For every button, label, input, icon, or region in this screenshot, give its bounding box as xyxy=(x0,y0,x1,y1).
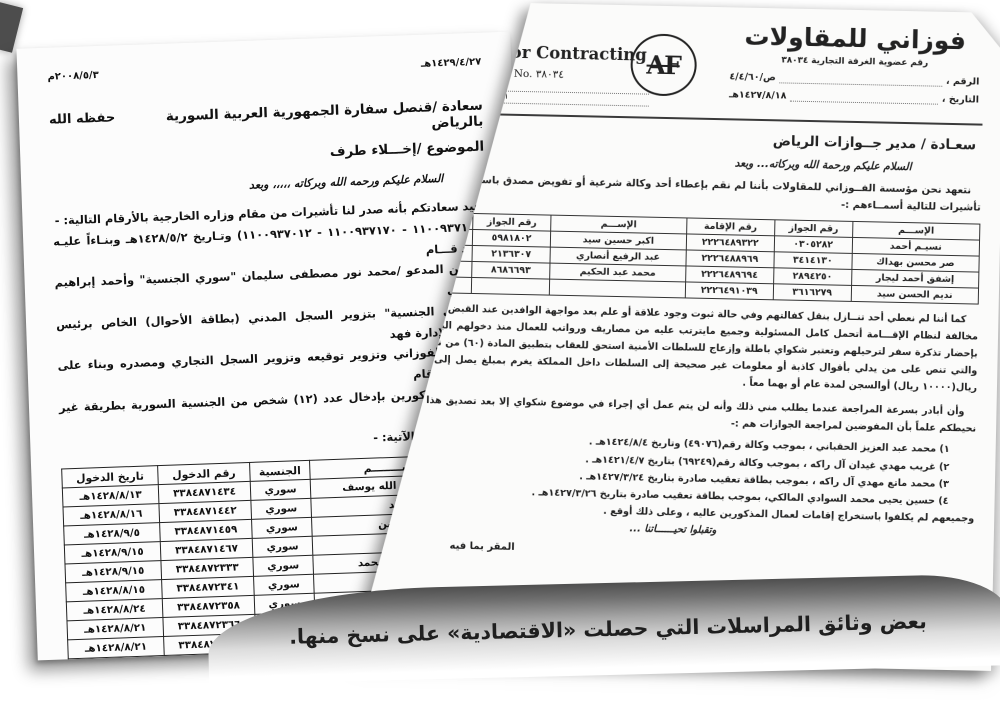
column-header: الجنسية xyxy=(250,460,311,481)
table-cell: نديم الحسن سيد xyxy=(851,285,979,304)
dotted-rule xyxy=(790,92,938,105)
pledge-intro: نتعهد نحن مؤسسة الفــوزاني للمقاولات بأن… xyxy=(379,170,982,217)
company-name-arabic: فوزاني للمقاولات xyxy=(730,21,981,55)
table-cell: سوري xyxy=(253,555,314,576)
authorized-agents-list: ١) محمد عبد العزيز الحقباني ، بموجب وكال… xyxy=(373,429,950,510)
column-header: رقم الجواز xyxy=(473,213,551,231)
table-cell: سوري xyxy=(252,536,313,557)
workers-table: الإســـمرقم الجوازرقم الإقامةالإســـمرقم… xyxy=(383,211,981,304)
letterhead-divider xyxy=(381,111,983,126)
table-cell: ٨٦٨٦٦٩٣ xyxy=(472,261,550,279)
cr-number-line: C. No. ٣٨٠٣٤ xyxy=(499,67,596,81)
ref-label: الرقم ، xyxy=(946,76,980,88)
table-cell: سوري xyxy=(251,498,312,519)
table-cell: سوري xyxy=(250,479,311,500)
table-cell: ٢٢٢٦٤٨٨٩٦٩ xyxy=(686,250,774,268)
column-header: رقم الجواز xyxy=(774,220,852,238)
table-cell: ٠٣٠٥٢٨٢ xyxy=(774,236,852,254)
table-cell xyxy=(471,277,549,295)
addressee-line: سعـادة / مدير جــوازات الرياض xyxy=(380,125,976,153)
letterhead-arabic: فوزاني للمقاولات رقم عضوية الغرفة التجار… xyxy=(729,21,981,105)
fawzani-contracting-letter: فوزاني للمقاولات رقم عضوية الغرفة التجار… xyxy=(323,0,1000,671)
table-cell: ٥٩٨١٨٠٢ xyxy=(472,229,550,247)
caption-band: بعض وثائق المراسلات التي حصلت «الاقتصادي… xyxy=(207,573,1000,685)
contracting-letter-wrap: فوزاني للمقاولات رقم عضوية الغرفة التجار… xyxy=(323,0,1000,671)
press-photo-of-documents: ١٤٢٩/٤/٢٧هـ ٢٠٠٨/٥/٣م سعادة /قنصل سفارة … xyxy=(0,0,1000,710)
gregorian-date: ٢٠٠٨/٥/٣م xyxy=(47,70,99,83)
pledge-paragraphs: كما أننا لم نعطي أحد تنــازل بنقل كفالته… xyxy=(374,299,979,438)
signature-line: المقر بما فيه xyxy=(449,540,973,562)
table-cell: ٣٤١٤١٣٠ xyxy=(774,252,852,270)
ref-value: ص/٤/٤/٦٠ xyxy=(729,71,776,83)
background-paper-corner xyxy=(0,1,23,52)
date-value: ١٤٢٧/٨/١٨هـ xyxy=(729,89,787,101)
table-cell xyxy=(549,279,685,298)
ref-number-field: الرقم ، ص/٤/٤/٦٠ xyxy=(729,71,979,87)
af-logo-text: AF xyxy=(646,50,680,80)
letterhead-english: For Contracting C. No. ٣٨٠٣٤ ١١ xyxy=(381,14,598,105)
table-cell: ٣٦١٦٢٧٩ xyxy=(773,284,851,302)
dotted-rule-number: ١١ xyxy=(499,91,649,106)
letterhead: فوزاني للمقاولات رقم عضوية الغرفة التجار… xyxy=(381,14,985,114)
column-header: رقم الإقامة xyxy=(385,212,473,230)
pledge-paragraph: كما أننا لم نعطي أحد تنــازل بنقل كفالته… xyxy=(375,299,979,397)
date-field: التاريخ ، ١٤٢٧/٨/١٨هـ xyxy=(729,89,979,105)
salutation-line: السلام عليكم ورحمة الله وبركاته... وبعد xyxy=(380,150,912,173)
table-cell: سوري xyxy=(252,517,313,538)
table-cell: ٢٢٢٦٤٨٩٣٢٢ xyxy=(686,234,774,252)
table-cell: ٢٨٩٤٢٥٠ xyxy=(773,268,851,286)
table-cell: ٢٢٦٤٩١٢٧٨ xyxy=(384,244,472,262)
dotted-rule xyxy=(780,73,942,86)
column-header: رقم الإقامة xyxy=(686,218,774,236)
table-cell: ٢١٣٦٣٠٧ xyxy=(472,245,550,263)
date-label: التاريخ ، xyxy=(942,94,979,106)
company-name-english: For Contracting xyxy=(500,43,597,64)
blessing-text: حفظه الله xyxy=(49,110,134,128)
table-cell xyxy=(383,276,471,294)
table-cell: ٢٢٦٤٩١٥٠٠ xyxy=(384,228,472,246)
table-cell: ٢٢٦٤٩٠٨٥٨ xyxy=(384,260,472,278)
table-cell: ٢٢٢٦٤٨٩٦٩٤ xyxy=(685,266,773,284)
table-cell: ٢٢٢٦٤٩١٠٣٩ xyxy=(685,282,773,300)
chamber-membership-line: رقم عضوية الغرفة التجارية ٣٨٠٣٤ xyxy=(730,54,980,69)
